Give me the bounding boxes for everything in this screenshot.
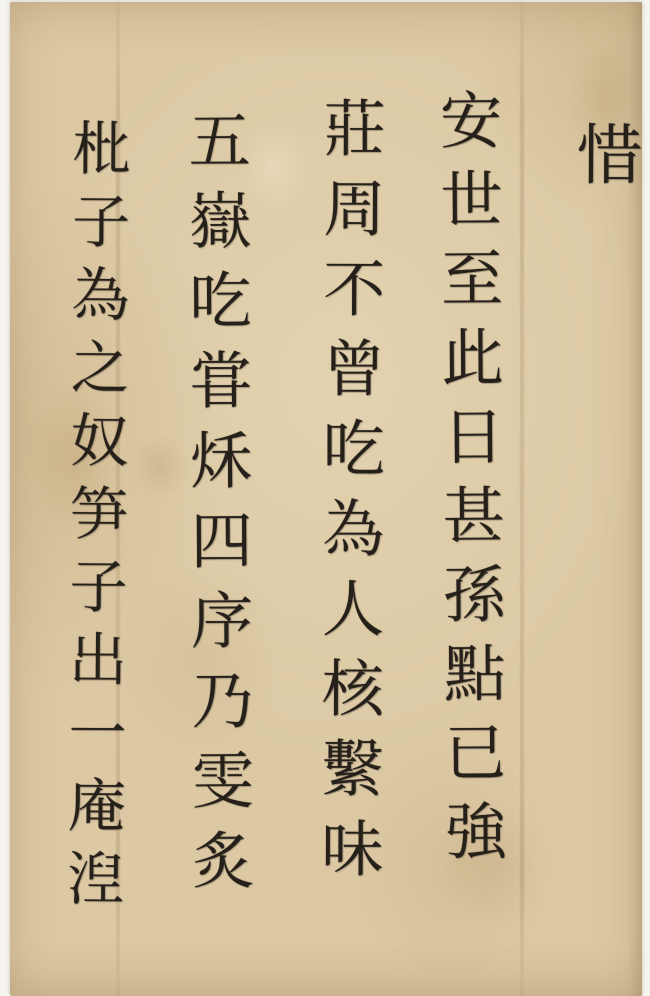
calligraphy-column-5: 枇子為之奴笋子出一庵湼 (49, 118, 139, 922)
calligraphy-column-4: 五嶽吃甞秌四序乃雯炙 (170, 108, 263, 908)
calligraphy-column-2: 安世至此日甚孫點已強 (421, 88, 516, 879)
aged-paper-sheet: 惜 安世至此日甚孫點已強 莊周不曾吃為人核繫味 五嶽吃甞秌四序乃雯炙 枇子為之奴… (10, 2, 642, 996)
calligraphy-column-title-char: 惜 (556, 120, 650, 200)
calligraphy-column-3: 莊周不曾吃為人核繫味 (303, 96, 395, 896)
fold-crease-right (520, 2, 524, 996)
manuscript-photo: 惜 安世至此日甚孫點已強 莊周不曾吃為人核繫味 五嶽吃甞秌四序乃雯炙 枇子為之奴… (0, 0, 650, 996)
